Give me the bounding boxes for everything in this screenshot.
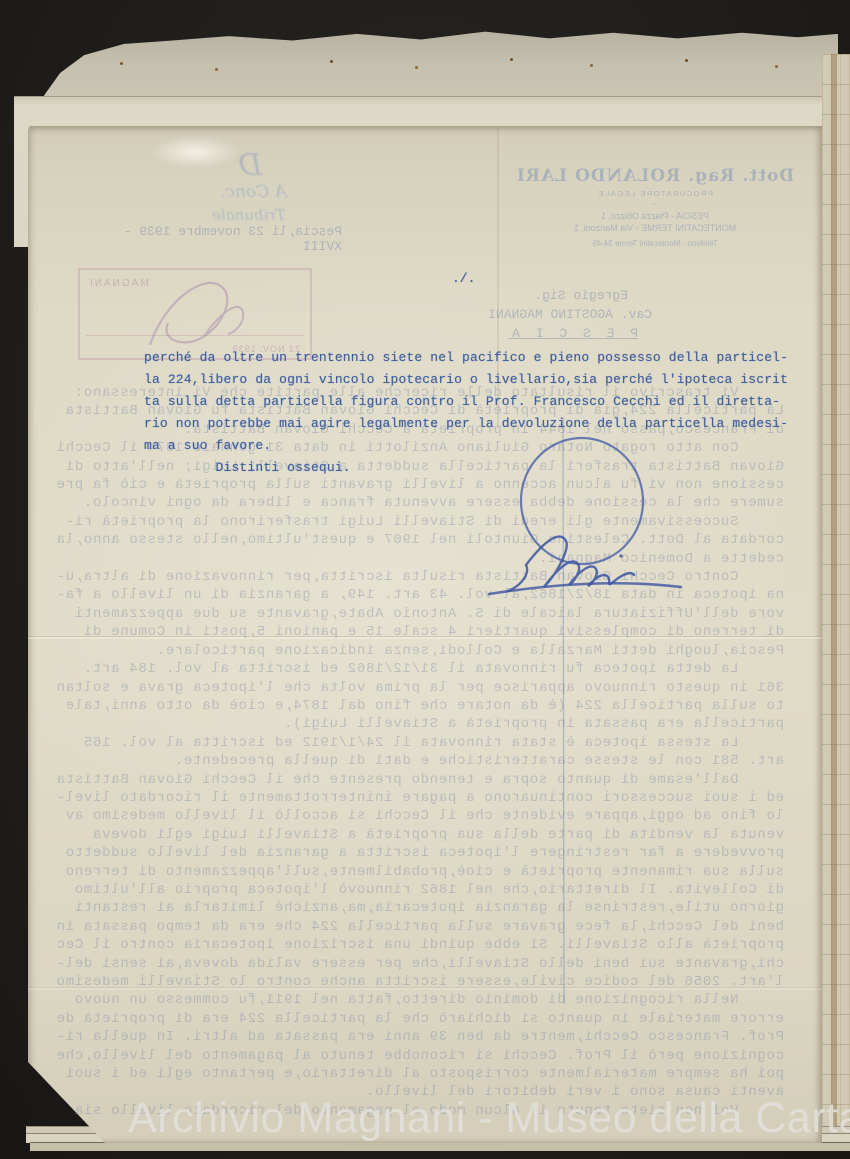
archive-watermark: Archivio Magnani - Museo della Carta <box>128 1094 850 1143</box>
signature-ink <box>0 0 850 1159</box>
ink-crease-line <box>563 417 564 1004</box>
signature-circle <box>517 434 647 568</box>
signature-dot <box>619 554 622 557</box>
archival-scan-page: D A Conc. Tribunale Dott. Rag. ROLANDO L… <box>0 0 850 1159</box>
stamp-paraph <box>150 283 243 345</box>
